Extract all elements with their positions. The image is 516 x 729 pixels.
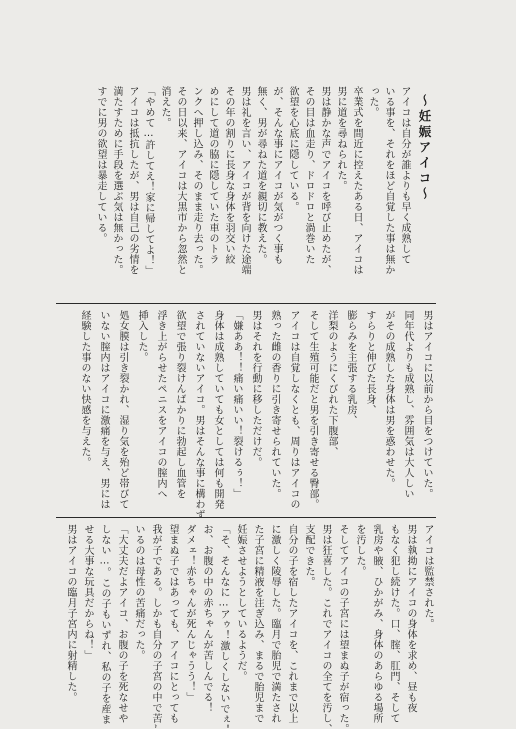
text-column: 男はアイコに以前から目をつけていた。 xyxy=(417,310,436,517)
text-column: そしてアイコの子宮には望まぬ子が宿った。 xyxy=(334,524,351,728)
text-column: アイコは抵抗したが、男は自己の劣情を xyxy=(124,86,140,303)
text-column: いない膣内はアイコに激痛を与え、男には xyxy=(94,310,113,517)
text-column: 自分の子を宿したアイコを、これまで以上 xyxy=(283,524,300,728)
text-column: 経験した事のない快感を与えた。 xyxy=(75,310,94,517)
text-column: 身体は成熟していても女としては何も開発 xyxy=(208,310,227,517)
text-column: すらりと伸びた長身、 xyxy=(360,310,379,517)
text-column: ンクへ押し込み、そのまま走り去った。 xyxy=(188,86,204,303)
text-column: アイコは監禁された。 xyxy=(419,524,436,728)
text-column: 乳房や腋、ひかがみ、身体のあらゆる場所 xyxy=(368,524,385,728)
text-block-2: 男はアイコに以前から目をつけていた。同年代よりも成熟し、雰囲気は大人しいがその成… xyxy=(56,304,436,518)
text-column: その目は血走り、ドロドロと渦巻いた xyxy=(300,86,316,303)
text-column: を汚した。 xyxy=(351,524,368,728)
text-column: が、そんな事にアイコが気がつく事も xyxy=(268,86,284,303)
text-column: た子宮に精液を注ぎ込み、まるで胎児まで xyxy=(249,524,266,728)
text-column: 無く、男が尋ねた道を親切に教えた。 xyxy=(252,86,268,303)
story-title: ～妊娠アイコ～ xyxy=(412,86,436,303)
text-block-1: ～妊娠アイコ～ アイコは自分が誰よりも早く成熟している事を、それをほど自覚した事… xyxy=(56,80,436,304)
text-column: されていないアイコ。男はそんな事に構わず xyxy=(189,310,208,517)
text-column: 男は礼を言い、アイコが背を向けた途端 xyxy=(236,86,252,303)
scanned-page: ～妊娠アイコ～ アイコは自分が誰よりも早く成熟している事を、それをほど自覚した事… xyxy=(0,0,516,729)
text-column: 同年代よりも成熟し、雰囲気は大人しい xyxy=(398,310,417,517)
text-column: がその成熟した身体は男を惑わせた。 xyxy=(379,310,398,517)
text-column: 望まぬ子ではあっても、アイコにとっても xyxy=(164,524,181,728)
text-column: 男は執拗にアイコの身体を求め、昼も夜 xyxy=(402,524,419,728)
text-column: そして生殖可能だと男を引き寄せる臀部。 xyxy=(303,310,322,517)
text-column: 卒業式を間近に控えたある日、アイコは xyxy=(348,86,364,303)
text-column: 男はそれを行動に移しただけだ。 xyxy=(246,310,265,517)
text-column: いるのは母性の苦痛だった。 xyxy=(130,524,147,728)
text-column: 「そ、そんなに…アゥ！激しくしないでぇ！ xyxy=(215,524,232,728)
text-column: その日以来、アイコは大黒市から忽然と xyxy=(172,86,188,303)
text-column: 膨らみを主張する乳房、 xyxy=(341,310,360,517)
text-column: 男はアイコの臨月子宮内に射精した。 xyxy=(62,524,79,728)
text-column: その年の割りに長身な身体を羽交い絞 xyxy=(220,86,236,303)
text-column: 「やめて…許してえ！家に帰してよ！」 xyxy=(140,86,156,303)
text-column: 男に道を尋ねられた。 xyxy=(332,86,348,303)
text-column: アイコは自分が誰よりも早く成熟して xyxy=(396,86,412,303)
text-column: めにして道の脇に隠していた車のトラ xyxy=(204,86,220,303)
text-column: った。 xyxy=(364,86,380,303)
text-column: 欲望で張り裂けんばかりに勃起し血管を xyxy=(170,310,189,517)
text-column: いる事を、それをほど自覚した事は無か xyxy=(380,86,396,303)
text-column: しない…。この子もいずれ、私の子を産ま xyxy=(96,524,113,728)
text-column: ダメェ！赤ちゃんが死んじゃうう！」 xyxy=(181,524,198,728)
text-block-3: アイコは監禁された。男は執拗にアイコの身体を求め、昼も夜もなく犯し続けた。口、腟… xyxy=(56,518,436,728)
text-column: 男は静かな声でアイコを呼び止めたが、 xyxy=(316,86,332,303)
text-column: 浮き上がらせたペニスをアイコの膣内へ xyxy=(151,310,170,517)
text-column: もなく犯し続けた。口、腟、肛門、そして xyxy=(385,524,402,728)
text-column: 満たすために手段を選ぶ気は無かった。 xyxy=(108,86,124,303)
text-column: 挿入した。 xyxy=(132,310,151,517)
text-column: 処女膜は引き裂かれ、湿り気を殆ど帯びて xyxy=(113,310,132,517)
text-column: アイコは自覚しなくとも、周りはアイコの xyxy=(284,310,303,517)
text-column: すでに男の欲望は暴走している。 xyxy=(92,86,108,303)
text-column: お、お腹の中の赤ちゃんが苦しんでる！ xyxy=(198,524,215,728)
text-column: 支配できた。 xyxy=(300,524,317,728)
text-column: 「嫌ああ！！痛い痛いい！裂けるぅ！」 xyxy=(227,310,246,517)
text-column: 熟った雌の香りに引き寄せられていた。 xyxy=(265,310,284,517)
text-column: に激しく陵辱した。臨月で胎児で満たされ xyxy=(266,524,283,728)
text-column: 妊娠させようとしているようだ。 xyxy=(232,524,249,728)
text-column: 男は狂喜した。これでアイコの全てを汚し、 xyxy=(317,524,334,728)
text-column: 欲望を心底に隠している。 xyxy=(284,86,300,303)
text-column: 我が子である。しかも自分の子宮の中で苦しんで xyxy=(147,524,164,728)
text-column: 消えた。 xyxy=(156,86,172,303)
text-column: 洋梨のようにくびれた下腹部、 xyxy=(322,310,341,517)
text-column: 「大丈夫だよアイコ、お腹の子を死なせや xyxy=(113,524,130,728)
text-column: せる大事な玩具だからね！」 xyxy=(79,524,96,728)
